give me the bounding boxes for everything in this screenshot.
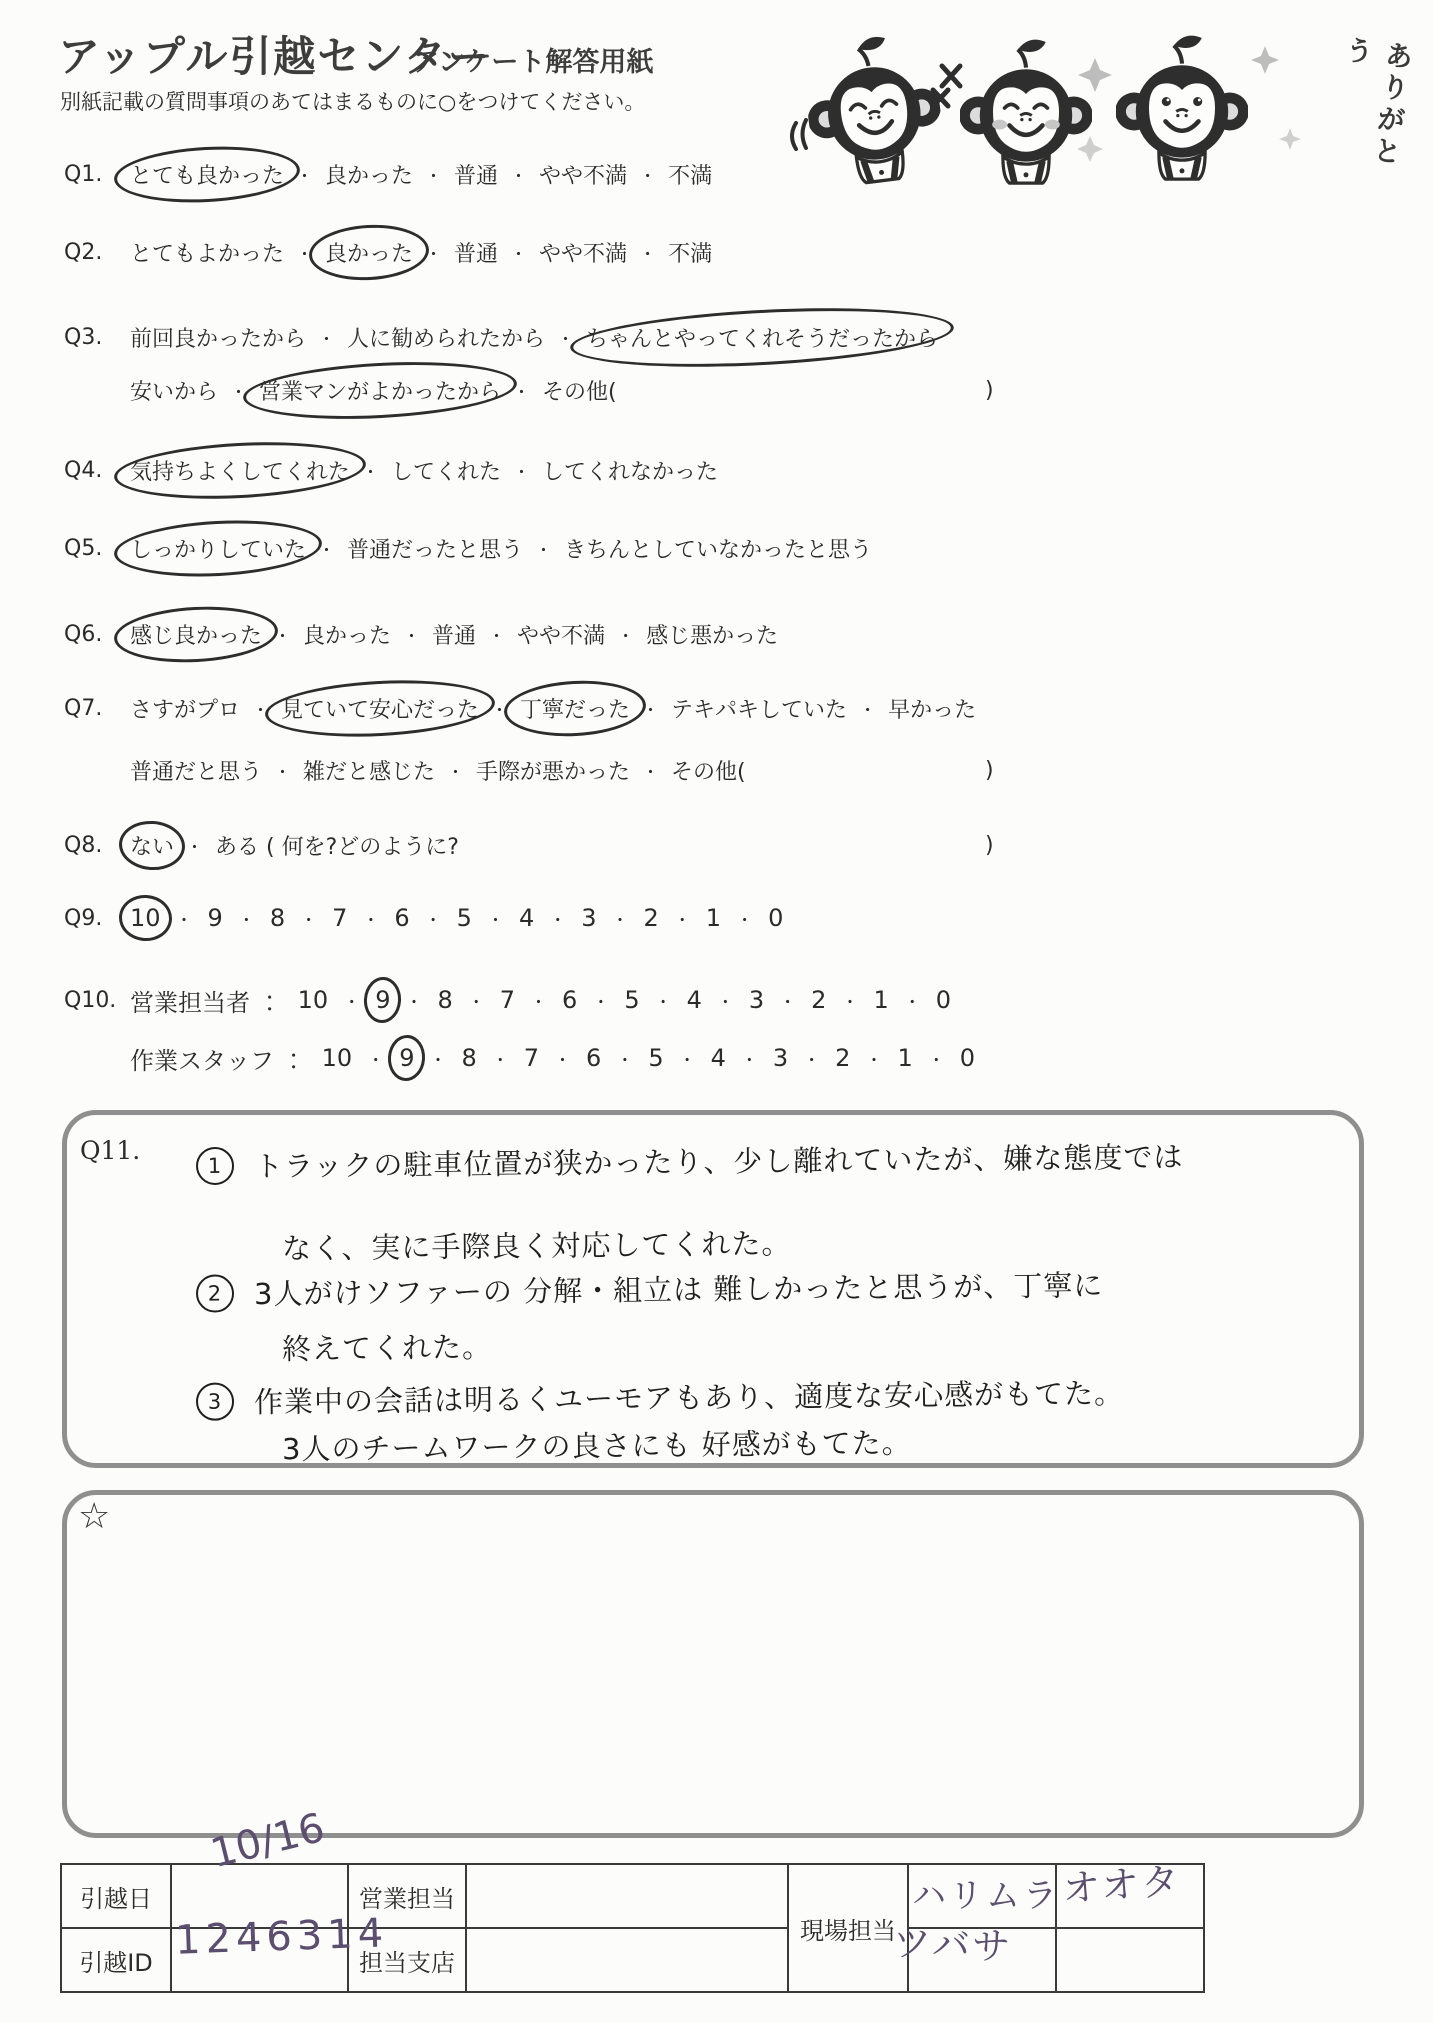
option-circled: 見ていて安心だった bbox=[281, 693, 479, 724]
option: 不満 bbox=[668, 159, 712, 190]
handwritten-text: 3人のチームワークの良さにも 好感がもてた。 bbox=[282, 1421, 912, 1469]
handwritten-item-number: 1 bbox=[196, 1147, 234, 1185]
question-id: Q9. bbox=[64, 906, 102, 931]
option-separator: ・ bbox=[664, 1046, 711, 1071]
moving-id-label: 引越ID bbox=[62, 1929, 172, 1993]
option-circled: 営業マンがよかったから bbox=[259, 375, 501, 406]
option: 10 bbox=[322, 1044, 353, 1072]
site-staff-field-4 bbox=[1057, 1929, 1205, 1993]
option-separator: ・ bbox=[539, 1046, 586, 1071]
sales-rep-field bbox=[467, 1865, 789, 1929]
handwritten-item-number: 2 bbox=[196, 1274, 234, 1312]
q11-label: Q11. bbox=[80, 1136, 140, 1165]
option-separator: ・ bbox=[601, 1046, 648, 1071]
option-circled: 丁寧だった bbox=[520, 693, 630, 724]
option-separator: ・ bbox=[702, 988, 749, 1013]
option: 早かった bbox=[888, 693, 976, 724]
option-circled: とても良かった bbox=[130, 159, 284, 190]
option-separator: ・ bbox=[850, 1046, 897, 1071]
option: 良かった bbox=[325, 159, 413, 190]
option-separator: ・ bbox=[352, 1046, 399, 1071]
option-separator: ・ bbox=[476, 622, 517, 647]
option: 5 bbox=[457, 904, 472, 932]
option-separator: ・ bbox=[262, 622, 303, 647]
question-id: Q7. bbox=[64, 696, 102, 721]
option: やや不満 bbox=[539, 159, 627, 190]
option: してくれなかった bbox=[542, 455, 718, 486]
option: 6 bbox=[394, 904, 409, 932]
option: 3 bbox=[581, 904, 596, 932]
option: やや不満 bbox=[539, 237, 627, 268]
option-separator: ・ bbox=[410, 906, 457, 931]
option-separator: ・ bbox=[498, 162, 539, 187]
moving-id-handwritten: 1246314 bbox=[174, 1910, 389, 1963]
option-separator: ・ bbox=[435, 758, 476, 783]
site-staff-name: オオタ bbox=[1060, 1850, 1182, 1913]
handwritten-text: なく、実に手際良く対応してくれた。 bbox=[282, 1221, 792, 1267]
site-staff-label: 現場担当 bbox=[789, 1865, 909, 1993]
option: 4 bbox=[687, 986, 702, 1014]
option: きちんとしていなかったと思う bbox=[564, 533, 872, 564]
option-separator: ・ bbox=[161, 906, 208, 931]
option: 2 bbox=[644, 904, 659, 932]
option-separator: ・ bbox=[284, 162, 325, 187]
option: 感じ悪かった bbox=[646, 619, 778, 650]
option: 8 bbox=[270, 904, 285, 932]
option: 7 bbox=[332, 904, 347, 932]
question-id: Q2. bbox=[64, 240, 102, 265]
question-id: Q5. bbox=[64, 536, 102, 561]
option: テキパキしていた bbox=[671, 693, 847, 724]
option: ある ( 何を?どのように? bbox=[215, 830, 459, 861]
option: 前回良かったから bbox=[130, 322, 306, 353]
option: 10 bbox=[298, 986, 329, 1014]
option-separator: ・ bbox=[472, 906, 519, 931]
option-separator: ・ bbox=[284, 240, 325, 265]
option-separator: ・ bbox=[391, 622, 432, 647]
option-separator: ・ bbox=[347, 906, 394, 931]
option-separator: ・ bbox=[577, 988, 624, 1013]
option: 5 bbox=[648, 1044, 663, 1072]
paren-close: ) bbox=[985, 833, 994, 858]
option: 不満 bbox=[668, 237, 712, 268]
option-separator: ・ bbox=[659, 906, 706, 931]
handwritten-item-number: 3 bbox=[196, 1382, 234, 1420]
option-circled: 9 bbox=[375, 986, 390, 1014]
handwritten-text: 終えてくれた。 bbox=[282, 1325, 492, 1368]
option: やや不満 bbox=[517, 619, 605, 650]
option-separator: ・ bbox=[630, 758, 671, 783]
option-separator: ・ bbox=[479, 696, 520, 721]
option: 良かった bbox=[303, 619, 391, 650]
survey-sheet: アップル引越センター アンケート解答用紙 別紙記載の質問事項のあてはまるものに○… bbox=[0, 0, 1433, 2023]
option-separator: ・ bbox=[721, 906, 768, 931]
option: 安いから bbox=[130, 375, 218, 406]
question-id: Q6. bbox=[64, 622, 102, 647]
option-separator: ・ bbox=[328, 988, 375, 1013]
option-separator: ・ bbox=[847, 696, 888, 721]
option: 2 bbox=[835, 1044, 850, 1072]
option-separator: ・ bbox=[306, 536, 347, 561]
option-separator: ・ bbox=[523, 536, 564, 561]
option: 5 bbox=[624, 986, 639, 1014]
option-separator: ・ bbox=[726, 1046, 773, 1071]
option: 人に勧められたから bbox=[347, 322, 545, 353]
option-separator: ・ bbox=[889, 988, 936, 1013]
option: 6 bbox=[586, 1044, 601, 1072]
option: その他( bbox=[542, 375, 617, 406]
option-separator: ・ bbox=[498, 240, 539, 265]
option-circled: ちゃんとやってくれそうだったから bbox=[586, 322, 938, 353]
site-staff-name: ツバサ bbox=[892, 1912, 1013, 1971]
sheet-title: アンケート解答用紙 bbox=[412, 40, 653, 79]
option-separator: ・ bbox=[788, 1046, 835, 1071]
option-separator: ・ bbox=[501, 458, 542, 483]
option: 雑だと感じた bbox=[303, 755, 435, 786]
option-separator: ・ bbox=[218, 378, 259, 403]
option-separator: ・ bbox=[501, 378, 542, 403]
option-separator: ・ bbox=[390, 988, 437, 1013]
option-circled: 9 bbox=[399, 1044, 414, 1072]
option: 7 bbox=[524, 1044, 539, 1072]
option: してくれた bbox=[391, 455, 501, 486]
option: 普通だと思う bbox=[130, 755, 262, 786]
option: 8 bbox=[437, 986, 452, 1014]
option: 手際が悪かった bbox=[476, 755, 630, 786]
option-separator: ・ bbox=[605, 622, 646, 647]
option-separator: ・ bbox=[627, 162, 668, 187]
option-separator: ・ bbox=[640, 988, 687, 1013]
option-separator: ・ bbox=[413, 240, 454, 265]
branch-field bbox=[467, 1929, 789, 1993]
option: 普通だったと思う bbox=[347, 533, 523, 564]
option-group-label: 作業スタッフ ： bbox=[130, 1041, 306, 1076]
option: さすがプロ bbox=[130, 693, 240, 724]
star-comment-box bbox=[62, 1490, 1364, 1838]
option-separator: ・ bbox=[453, 988, 500, 1013]
instruction-text: 別紙記載の質問事項のあてはまるものに○をつけてください。 bbox=[60, 86, 645, 116]
option-separator: ・ bbox=[630, 696, 671, 721]
option: 4 bbox=[519, 904, 534, 932]
option-separator: ・ bbox=[262, 758, 303, 783]
option-separator: ・ bbox=[627, 240, 668, 265]
option-separator: ・ bbox=[240, 696, 281, 721]
option-separator: ・ bbox=[515, 988, 562, 1013]
option: 0 bbox=[960, 1044, 975, 1072]
mascot-illustration: ありがとう bbox=[790, 28, 1430, 188]
handwritten-line: 終えてくれた。 bbox=[282, 1325, 492, 1368]
option-separator: ・ bbox=[545, 325, 586, 350]
option: 普通 bbox=[432, 619, 476, 650]
option: 1 bbox=[897, 1044, 912, 1072]
option-circled: 気持ちよくしてくれた bbox=[130, 455, 350, 486]
option: 6 bbox=[562, 986, 577, 1014]
star-icon: ☆ bbox=[78, 1496, 110, 1537]
option: 普通 bbox=[454, 237, 498, 268]
question-id: Q3. bbox=[64, 325, 102, 350]
site-staff-name: ハリムラ bbox=[912, 1868, 1060, 1917]
option: 9 bbox=[208, 904, 223, 932]
option: 3 bbox=[773, 1044, 788, 1072]
option-separator: ・ bbox=[826, 988, 873, 1013]
option-separator: ・ bbox=[477, 1046, 524, 1071]
option-group-label: 営業担当者 ： bbox=[130, 983, 282, 1018]
option-separator: ・ bbox=[174, 833, 215, 858]
option-circled: 感じ良かった bbox=[130, 619, 262, 650]
option: 0 bbox=[768, 904, 783, 932]
option: 8 bbox=[461, 1044, 476, 1072]
option-separator: ・ bbox=[350, 458, 391, 483]
question-id: Q1. bbox=[64, 162, 102, 187]
option-separator: ・ bbox=[597, 906, 644, 931]
option-circled: 10 bbox=[130, 904, 161, 932]
option: 1 bbox=[706, 904, 721, 932]
option-separator: ・ bbox=[306, 325, 347, 350]
option: 2 bbox=[811, 986, 826, 1014]
option: とてもよかった bbox=[130, 237, 284, 268]
option: 7 bbox=[500, 986, 515, 1014]
option: 1 bbox=[873, 986, 888, 1014]
option-separator: ・ bbox=[413, 162, 454, 187]
handwritten-line: なく、実に手際良く対応してくれた。 bbox=[282, 1221, 792, 1267]
option-circled: 良かった bbox=[325, 237, 413, 268]
option-circled: ない bbox=[130, 830, 174, 861]
question-id: Q10. bbox=[64, 988, 116, 1013]
option-separator: ・ bbox=[534, 906, 581, 931]
option: その他( bbox=[671, 755, 746, 786]
option: 3 bbox=[749, 986, 764, 1014]
option-separator: ・ bbox=[764, 988, 811, 1013]
option-separator: ・ bbox=[285, 906, 332, 931]
option: 0 bbox=[936, 986, 951, 1014]
handwritten-line: 3人のチームワークの良さにも 好感がもてた。 bbox=[282, 1421, 912, 1469]
question-id: Q8. bbox=[64, 833, 102, 858]
moving-date-label: 引越日 bbox=[62, 1865, 172, 1929]
option-separator: ・ bbox=[913, 1046, 960, 1071]
option-separator: ・ bbox=[414, 1046, 461, 1071]
paren-close: ) bbox=[985, 758, 994, 783]
option-separator: ・ bbox=[223, 906, 270, 931]
option-circled: しっかりしていた bbox=[130, 533, 306, 564]
option: 普通 bbox=[454, 159, 498, 190]
question-id: Q4. bbox=[64, 458, 102, 483]
paren-close: ) bbox=[985, 378, 994, 403]
option: 4 bbox=[711, 1044, 726, 1072]
